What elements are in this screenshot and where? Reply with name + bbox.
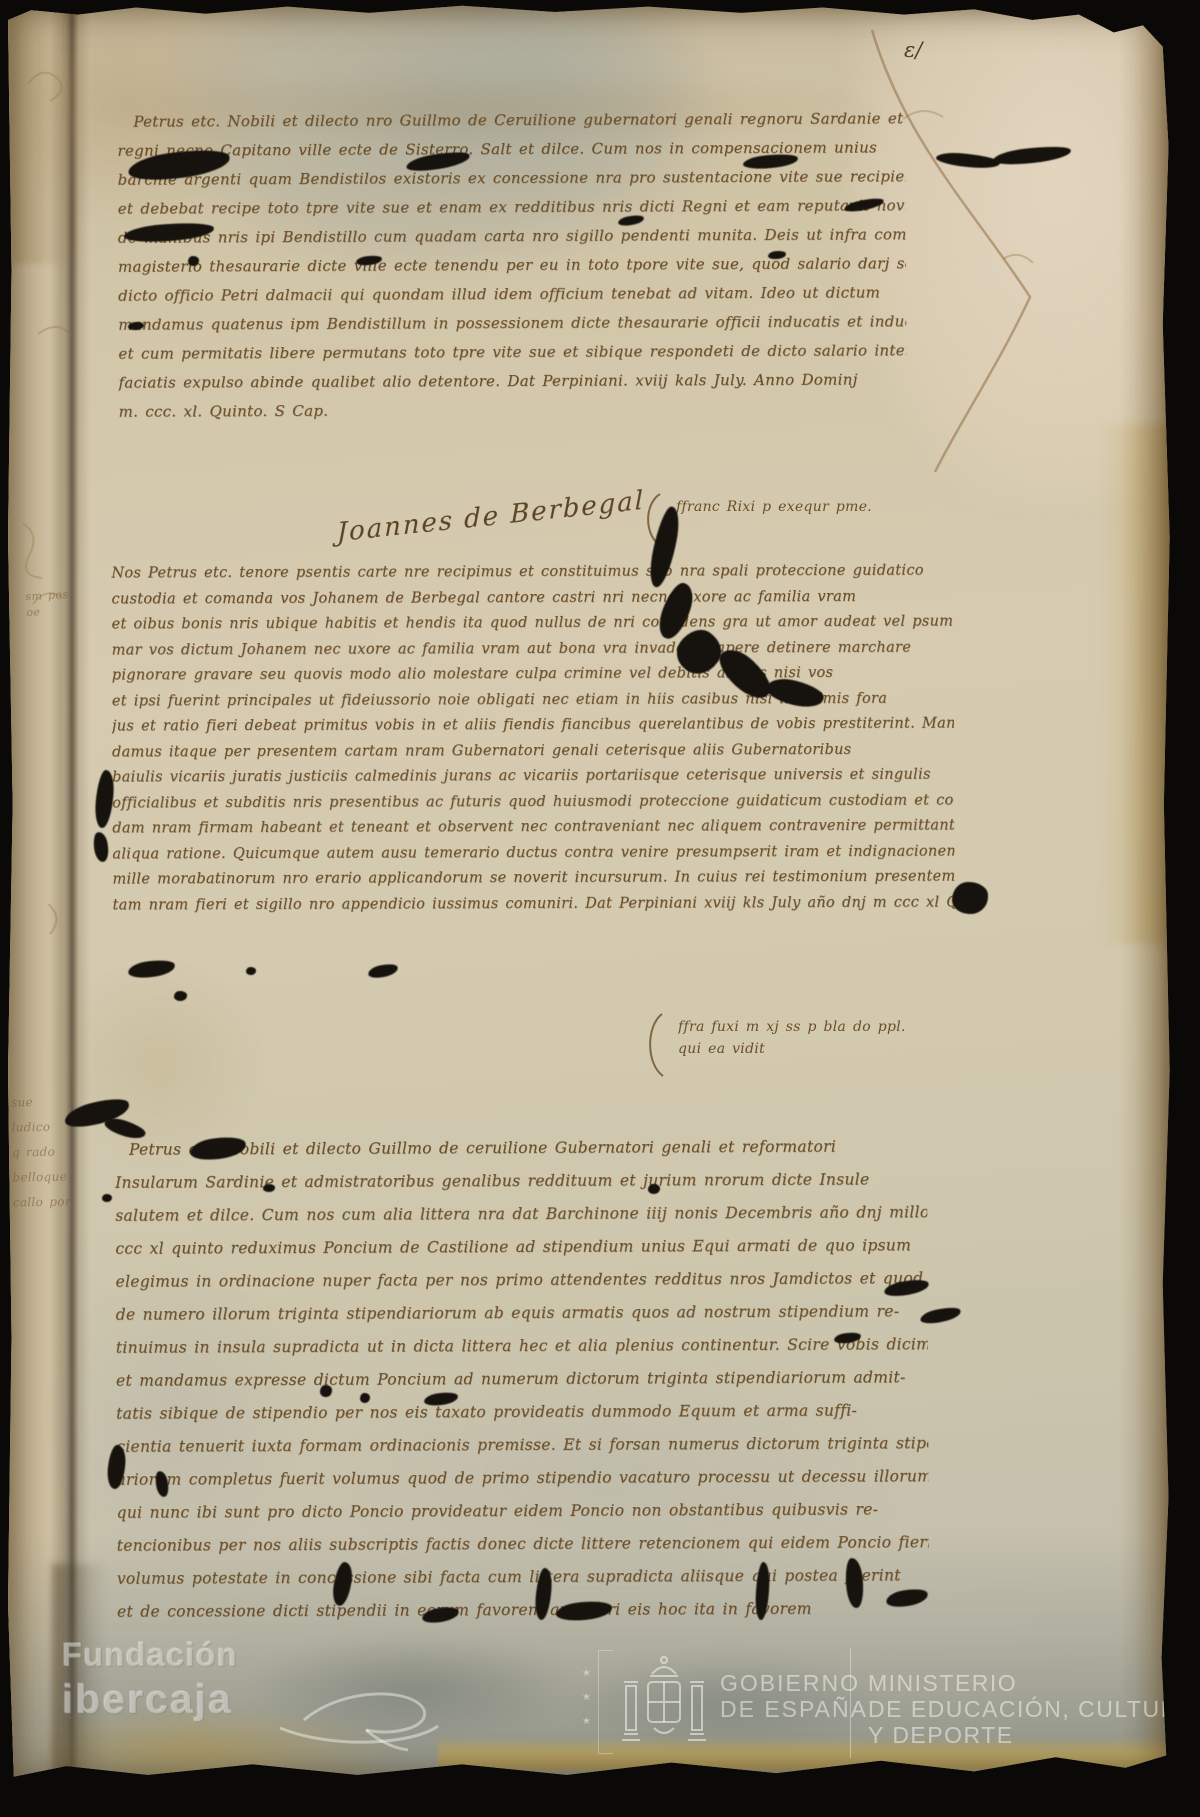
stars-decoration: ★★★ [582, 1662, 591, 1734]
margin-note-upper: sm posoe [25, 587, 69, 621]
ink-blot [992, 144, 1071, 167]
manuscript-line: magisterio thesaurarie dicte ville ecte … [118, 249, 906, 281]
watermark-gobierno-espana: ★★★ GOBIERNO DE ESPAÑA [568, 1644, 1168, 1764]
manuscript-line: ccc xl quinto reduximus Poncium de Casti… [115, 1229, 927, 1266]
parchment-stain [1098, 424, 1178, 944]
manuscript-line: ffranc Rixi p exequr pme. [676, 496, 872, 518]
paragraph-royal-letter-1: Petrus etc. Nobili et dilecto nro Guillm… [117, 104, 906, 426]
spain-coat-of-arms-icon [618, 1646, 710, 1758]
manuscript-line: qui nunc ibi sunt pro dicto Poncio provi… [117, 1493, 929, 1530]
ink-blot [127, 958, 176, 980]
manuscript-line: aliqua ratione. Quicumque autem ausu tem… [112, 839, 954, 867]
manuscript-line: pignorare gravare seu quovis modo alio m… [112, 661, 954, 689]
manuscript-line: tam nram fieri et sigillo nro appendicio… [113, 890, 955, 918]
parchment-stain [568, 1654, 888, 1754]
parchment-stain [248, 1634, 578, 1744]
manuscript-line: mille morabatinorum nro erario applicand… [112, 865, 954, 893]
parchment-stain [438, 1736, 1172, 1770]
manuscript-photo: ε/ Petrus etc. Nobili et dilecto nro Gui… [0, 0, 1200, 1817]
ink-blot [320, 1385, 332, 1397]
ink-blot [92, 831, 111, 863]
manuscript-line: volumus potestate in concessione sibi fa… [117, 1559, 929, 1596]
chancery-note-2: ffra fuxi m xj ss p bla do ppl.qui ea vi… [662, 1016, 906, 1060]
manuscript-line: tatis sibique de stipendio per nos eis t… [116, 1394, 928, 1431]
ibercaja-swirl-icon [274, 1684, 444, 1756]
parchment-stain [48, 1704, 408, 1784]
manuscript-line: mandamus quatenus ipm Bendistillum in po… [118, 307, 906, 339]
margin-note-lower: sueludicoq radobelloquecallo por [11, 1090, 71, 1216]
ministerio-line1: MINISTERIO [868, 1670, 1196, 1696]
manuscript-line: ludico [11, 1115, 69, 1141]
manuscript-line: cientia tenuerit iuxta formam ordinacion… [116, 1427, 928, 1464]
chancery-note-1: ffranc Rixi p exequr pme. [660, 496, 872, 518]
ministerio-line2: DE EDUCACIÓN, CULTURA [868, 1696, 1196, 1722]
paragraph-royal-letter-3: Petrus etc. Nobili et dilecto Guillmo de… [115, 1130, 929, 1629]
manuscript-line: damus itaque per presentem cartam nram G… [112, 737, 954, 765]
ink-blot [188, 256, 199, 266]
gobierno-line2: DE ESPAÑA [720, 1696, 868, 1722]
manuscript-line: et de concessione dicti stipendii in eor… [117, 1592, 929, 1629]
manuscript-line: et ipsi fuerint principales ut fideiusso… [112, 686, 954, 714]
manuscript-line: baiulis vicariis juratis justiciis calme… [112, 763, 954, 791]
paragraph-royal-letter-2: Nos Petrus etc. tenore psentis carte nre… [111, 559, 954, 919]
ink-blot [263, 1184, 275, 1192]
manuscript-line: Insularum Sardinie et admistratoribus ge… [115, 1163, 927, 1200]
manuscript-line: et mandamus expresse dictum Poncium ad n… [116, 1361, 928, 1398]
manuscript-line: dicto officio Petri dalmacii qui quondam… [118, 278, 906, 310]
ministerio-line3: Y DEPORTE [868, 1722, 1196, 1748]
manuscript-line: ffra fuxi m xj ss p bla do ppl. [678, 1016, 906, 1038]
ink-blot [102, 1194, 112, 1202]
parchment-stain [1120, 4, 1172, 1782]
manuscript-line: et debebat recipe toto tpre vite sue et … [118, 191, 906, 223]
manuscript-page: ε/ Petrus etc. Nobili et dilecto nro Gui… [8, 4, 1172, 1782]
manuscript-line: m. ccc. xl. Quinto. S Cap. [119, 394, 907, 426]
manuscript-line: de manibus nris ipi Bendistillo cum quad… [118, 220, 906, 252]
manuscript-line: qui ea vidit [678, 1038, 906, 1060]
clerk-signature: Joannes de Berbegal [337, 486, 645, 549]
manuscript-line: salutem et dilce. Cum nos cum alia litte… [115, 1196, 927, 1233]
manuscript-line: jus et ratio fieri debeat primitus vobis… [112, 712, 954, 740]
manuscript-line: et oibus bonis nris ubique habitis et he… [112, 610, 954, 638]
frame-bracket [598, 1650, 613, 1754]
manuscript-line: barchie argenti quam Bendistilos existor… [118, 162, 906, 194]
manuscript-line: Petrus etc. Nobili et dilecto nro Guillm… [117, 104, 905, 136]
gobierno-line1: GOBIERNO [720, 1670, 868, 1696]
manuscript-line: de numero illorum triginta stipendiarior… [116, 1295, 928, 1332]
manuscript-line: q rado [12, 1139, 70, 1165]
ink-blot [952, 882, 988, 914]
manuscript-line: belloque [12, 1164, 70, 1190]
ink-blot [246, 967, 256, 975]
manuscript-line: callo por [13, 1189, 71, 1215]
manuscript-line: faciatis expulso abinde qualibet alio de… [118, 365, 906, 397]
watermark-divider [850, 1648, 851, 1758]
ink-blot [174, 991, 187, 1001]
brace-mark [644, 1012, 664, 1085]
ink-blot [648, 1184, 660, 1194]
ink-blot [935, 151, 1000, 171]
manuscript-line: ariorum completus fuerit volumus quod de… [116, 1460, 928, 1497]
manuscript-line: sue [11, 1090, 69, 1116]
manuscript-line: custodia et comanda vos Johanem de Berbe… [111, 584, 953, 612]
manuscript-line: officialibus et subditis nris presentibu… [112, 788, 954, 816]
manuscript-line: elegimus in ordinacione nuper facta per … [115, 1262, 927, 1299]
manuscript-line: Nos Petrus etc. tenore psentis carte nre… [111, 559, 953, 587]
folio-number: ε/ [904, 38, 922, 62]
manuscript-line: tencionibus per nos aliis subscriptis fa… [117, 1526, 929, 1563]
ink-blot [367, 962, 399, 980]
manuscript-line: dam nram firmam habeant et teneant et ob… [112, 814, 954, 842]
manuscript-line: oe [26, 603, 69, 621]
manuscript-line: sm pos [25, 587, 68, 605]
manuscript-line: et cum permitatis libere permutans toto … [118, 336, 906, 368]
manuscript-line: mar vos dictum Johanem nec uxore ac fami… [112, 635, 954, 663]
binding-gutter [50, 4, 90, 1782]
ink-blot [360, 1393, 370, 1403]
manuscript-line: tinuimus in insula supradicta ut in dict… [116, 1328, 928, 1365]
